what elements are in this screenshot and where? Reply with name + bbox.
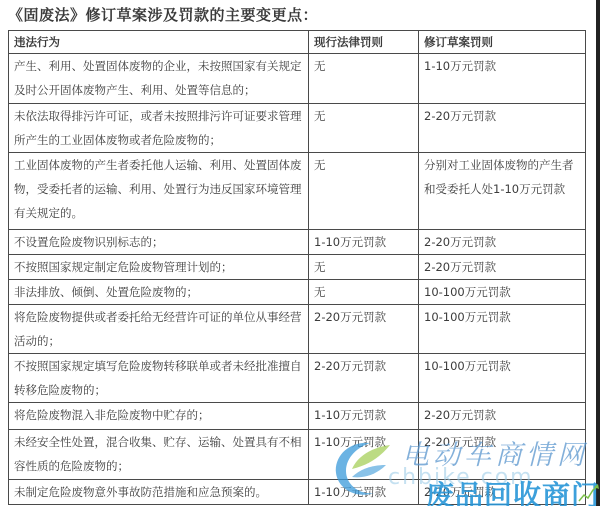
violation-cell: 工业固体废物的产生者委托他人运输、利用、处置固体废物，受委托者的运输、利用、处置… <box>9 153 309 230</box>
draft-penalty-cell: 分别对工业固体废物的产生者和受委托人处1-10万元罚款 <box>419 153 586 230</box>
column-header-draft-penalty: 修订草案罚则 <box>419 31 586 54</box>
draft-penalty-cell: 2-20万元罚款 <box>419 230 586 255</box>
draft-penalty-cell: 10-100万元罚款 <box>419 305 586 354</box>
violation-cell: 非法排放、倾倒、处置危险废物的； <box>9 280 309 305</box>
current-penalty-cell: 1-10万元罚款 <box>309 403 419 430</box>
table-row: 将危险废物提供或者委托给无经营许可证的单位从事经营活动的； 2-20万元罚款 1… <box>9 305 586 354</box>
draft-penalty-cell: 10-100万元罚款 <box>419 354 586 403</box>
table-header-row: 违法行为 现行法律罚则 修订草案罚则 <box>9 31 586 54</box>
current-penalty-cell: 无 <box>309 280 419 305</box>
violation-cell: 不按照国家规定填写危险废物转移联单或者未经批准擅自转移危险废物的； <box>9 354 309 403</box>
draft-penalty-cell: 1-10万元罚款 <box>419 54 586 104</box>
table-row: 未制定危险废物意外事故防范措施和应急预案的。 1-10万元罚款 2-20万元罚款 <box>9 480 586 505</box>
table-row: 非法排放、倾倒、处置危险废物的； 无 10-100万元罚款 <box>9 280 586 305</box>
current-penalty-cell: 无 <box>309 54 419 104</box>
current-penalty-cell: 1-10万元罚款 <box>309 430 419 480</box>
table-row: 不按照国家规定制定危险废物管理计划的； 无 2-20万元罚款 <box>9 255 586 280</box>
draft-penalty-cell: 2-20万元罚款 <box>419 255 586 280</box>
violation-cell: 未制定危险废物意外事故防范措施和应急预案的。 <box>9 480 309 505</box>
violation-cell: 将危险废物混入非危险废物中贮存的； <box>9 403 309 430</box>
column-header-violation: 违法行为 <box>9 31 309 54</box>
draft-penalty-cell: 2-20万元罚款 <box>419 104 586 153</box>
table-row: 产生、利用、处置固体废物的企业，未按照国家有关规定及时公开固体废物产生、利用、处… <box>9 54 586 104</box>
draft-penalty-cell: 2-20万元罚款 <box>419 403 586 430</box>
violation-cell: 产生、利用、处置固体废物的企业，未按照国家有关规定及时公开固体废物产生、利用、处… <box>9 54 309 104</box>
current-penalty-cell: 1-10万元罚款 <box>309 230 419 255</box>
table-row: 工业固体废物的产生者委托他人运输、利用、处置固体废物，受委托者的运输、利用、处置… <box>9 153 586 230</box>
table-row: 将危险废物混入非危险废物中贮存的； 1-10万元罚款 2-20万元罚款 <box>9 403 586 430</box>
current-penalty-cell: 无 <box>309 153 419 230</box>
draft-penalty-cell: 10-100万元罚款 <box>419 280 586 305</box>
table-row: 未经安全性处置，混合收集、贮存、运输、处置具有不相容性质的危险废物的； 1-10… <box>9 430 586 480</box>
current-penalty-cell: 无 <box>309 255 419 280</box>
violation-cell: 将危险废物提供或者委托给无经营许可证的单位从事经营活动的； <box>9 305 309 354</box>
draft-penalty-cell: 2-20万元罚款 <box>419 430 586 480</box>
violation-cell: 未依法取得排污许可证，或者未按照排污许可证要求管理所产生的工业固体废物或者危险废… <box>9 104 309 153</box>
document-title: 《固废法》修订草案涉及罚款的主要变更点： <box>8 4 318 25</box>
document-page: 《固废法》修订草案涉及罚款的主要变更点： 违法行为 现行法律罚则 修订草案罚则 … <box>0 0 600 506</box>
draft-penalty-cell: 2-20万元罚款 <box>419 480 586 505</box>
table-row: 不按照国家规定填写危险废物转移联单或者未经批准擅自转移危险废物的； 2-20万元… <box>9 354 586 403</box>
column-header-current-penalty: 现行法律罚则 <box>309 31 419 54</box>
violation-cell: 未经安全性处置，混合收集、贮存、运输、处置具有不相容性质的危险废物的； <box>9 430 309 480</box>
table-row: 不设置危险废物识别标志的； 1-10万元罚款 2-20万元罚款 <box>9 230 586 255</box>
page-edge-shadow <box>596 0 600 506</box>
current-penalty-cell: 无 <box>309 104 419 153</box>
current-penalty-cell: 2-20万元罚款 <box>309 305 419 354</box>
table-row: 未依法取得排污许可证，或者未按照排污许可证要求管理所产生的工业固体废物或者危险废… <box>9 104 586 153</box>
penalty-comparison-table: 违法行为 现行法律罚则 修订草案罚则 产生、利用、处置固体废物的企业，未按照国家… <box>8 30 586 505</box>
violation-cell: 不设置危险废物识别标志的； <box>9 230 309 255</box>
violation-cell: 不按照国家规定制定危险废物管理计划的； <box>9 255 309 280</box>
current-penalty-cell: 2-20万元罚款 <box>309 354 419 403</box>
current-penalty-cell: 1-10万元罚款 <box>309 480 419 505</box>
